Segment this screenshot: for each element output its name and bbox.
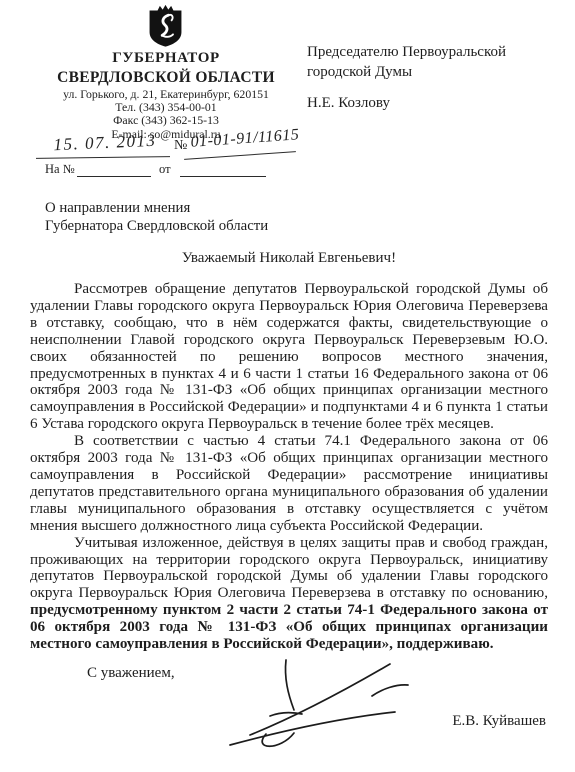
body-paragraph-3-normal: Учитывая изложенное, действуя в целях за… xyxy=(30,535,548,602)
recipient-title-line2: городской Думы xyxy=(307,62,506,82)
closing-regards: С уважением, xyxy=(87,665,175,682)
body-paragraph-2: В соответствии с частью 4 статьи 74.1 Фе… xyxy=(30,433,548,534)
recipient-name: Н.Е. Козлову xyxy=(307,93,506,113)
signer-name: Е.В. Куйвашев xyxy=(452,713,546,730)
handwritten-date: 15. 07. 2013 xyxy=(40,130,171,156)
coat-of-arms-icon xyxy=(142,3,189,53)
reply-to-label: На № xyxy=(45,162,75,177)
reply-date-blank xyxy=(180,176,266,177)
recipient-block: Председателю Первоуральской городской Ду… xyxy=(307,42,506,113)
subject-block: О направлении мнения Губернатора Свердло… xyxy=(45,200,268,235)
salutation: Уважаемый Николай Евгеньевич! xyxy=(30,250,548,267)
body-paragraph-1: Рассмотрев обращение депутатов Первоурал… xyxy=(30,281,548,433)
org-name-line1: ГУБЕРНАТОР xyxy=(0,48,332,68)
reply-number-blank xyxy=(77,176,151,177)
org-fax: Факс (343) 362-15-13 xyxy=(0,114,332,127)
org-name-line2: СВЕРДЛОВСКОЙ ОБЛАСТИ xyxy=(0,68,332,88)
recipient-title-line1: Председателю Первоуральской xyxy=(307,42,506,62)
subject-line2: Губернатора Свердловской области xyxy=(45,218,268,236)
letter-page: ГУБЕРНАТОР СВЕРДЛОВСКОЙ ОБЛАСТИ ул. Горь… xyxy=(0,0,575,772)
subject-line1: О направлении мнения xyxy=(45,200,268,218)
letterhead-org: ГУБЕРНАТОР СВЕРДЛОВСКОЙ ОБЛАСТИ xyxy=(0,48,332,88)
letter-body: Рассмотрев обращение депутатов Первоурал… xyxy=(30,281,548,653)
date-underline xyxy=(36,156,170,159)
number-underline xyxy=(184,151,296,160)
signature-icon xyxy=(222,634,437,757)
reply-from-label: от xyxy=(159,162,171,177)
